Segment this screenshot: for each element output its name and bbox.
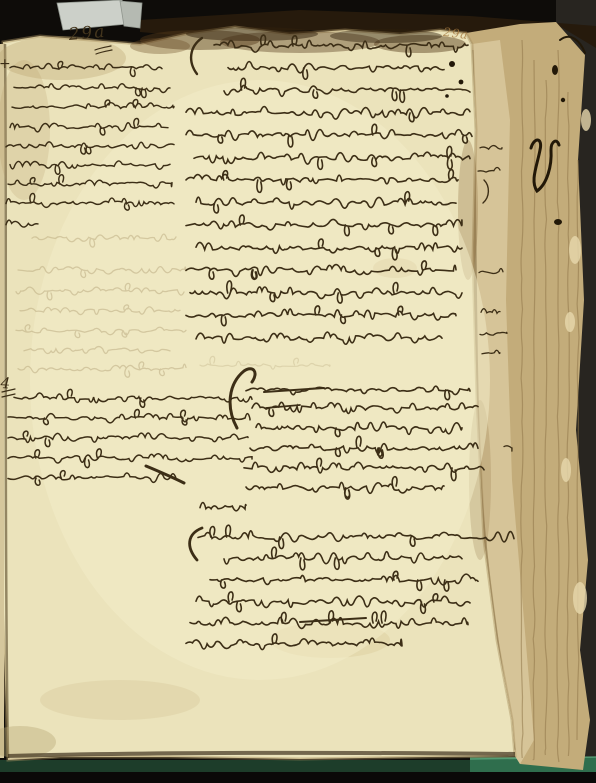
backdrop-bottom bbox=[0, 772, 596, 783]
ink-blot bbox=[561, 98, 565, 102]
stain bbox=[40, 680, 200, 720]
margin-plus-mark: + bbox=[0, 57, 11, 71]
fore-edge-flake bbox=[569, 236, 581, 264]
manuscript-photo: 29a 29a + 4 bbox=[0, 0, 596, 783]
fore-edge-flake bbox=[565, 312, 575, 332]
fore-edge-flake bbox=[561, 458, 571, 482]
stain bbox=[0, 60, 50, 200]
fore-edge-flake bbox=[581, 109, 591, 131]
book-photo-canvas bbox=[0, 0, 596, 783]
stain bbox=[130, 38, 190, 54]
ink-blot bbox=[554, 219, 562, 225]
stain bbox=[186, 27, 318, 41]
ink-blot bbox=[552, 65, 558, 75]
table-felt-left bbox=[0, 760, 470, 774]
ink-blot bbox=[449, 61, 455, 67]
ink-blot bbox=[459, 80, 464, 85]
stain bbox=[330, 29, 442, 43]
page-number: 29a bbox=[68, 24, 107, 44]
ink-blot bbox=[445, 94, 449, 98]
page-number-faint: 29a bbox=[443, 26, 470, 41]
margin-section-mark: 4 bbox=[0, 376, 10, 391]
fore-edge-flake bbox=[573, 582, 587, 614]
paper-tab bbox=[120, 1, 142, 28]
